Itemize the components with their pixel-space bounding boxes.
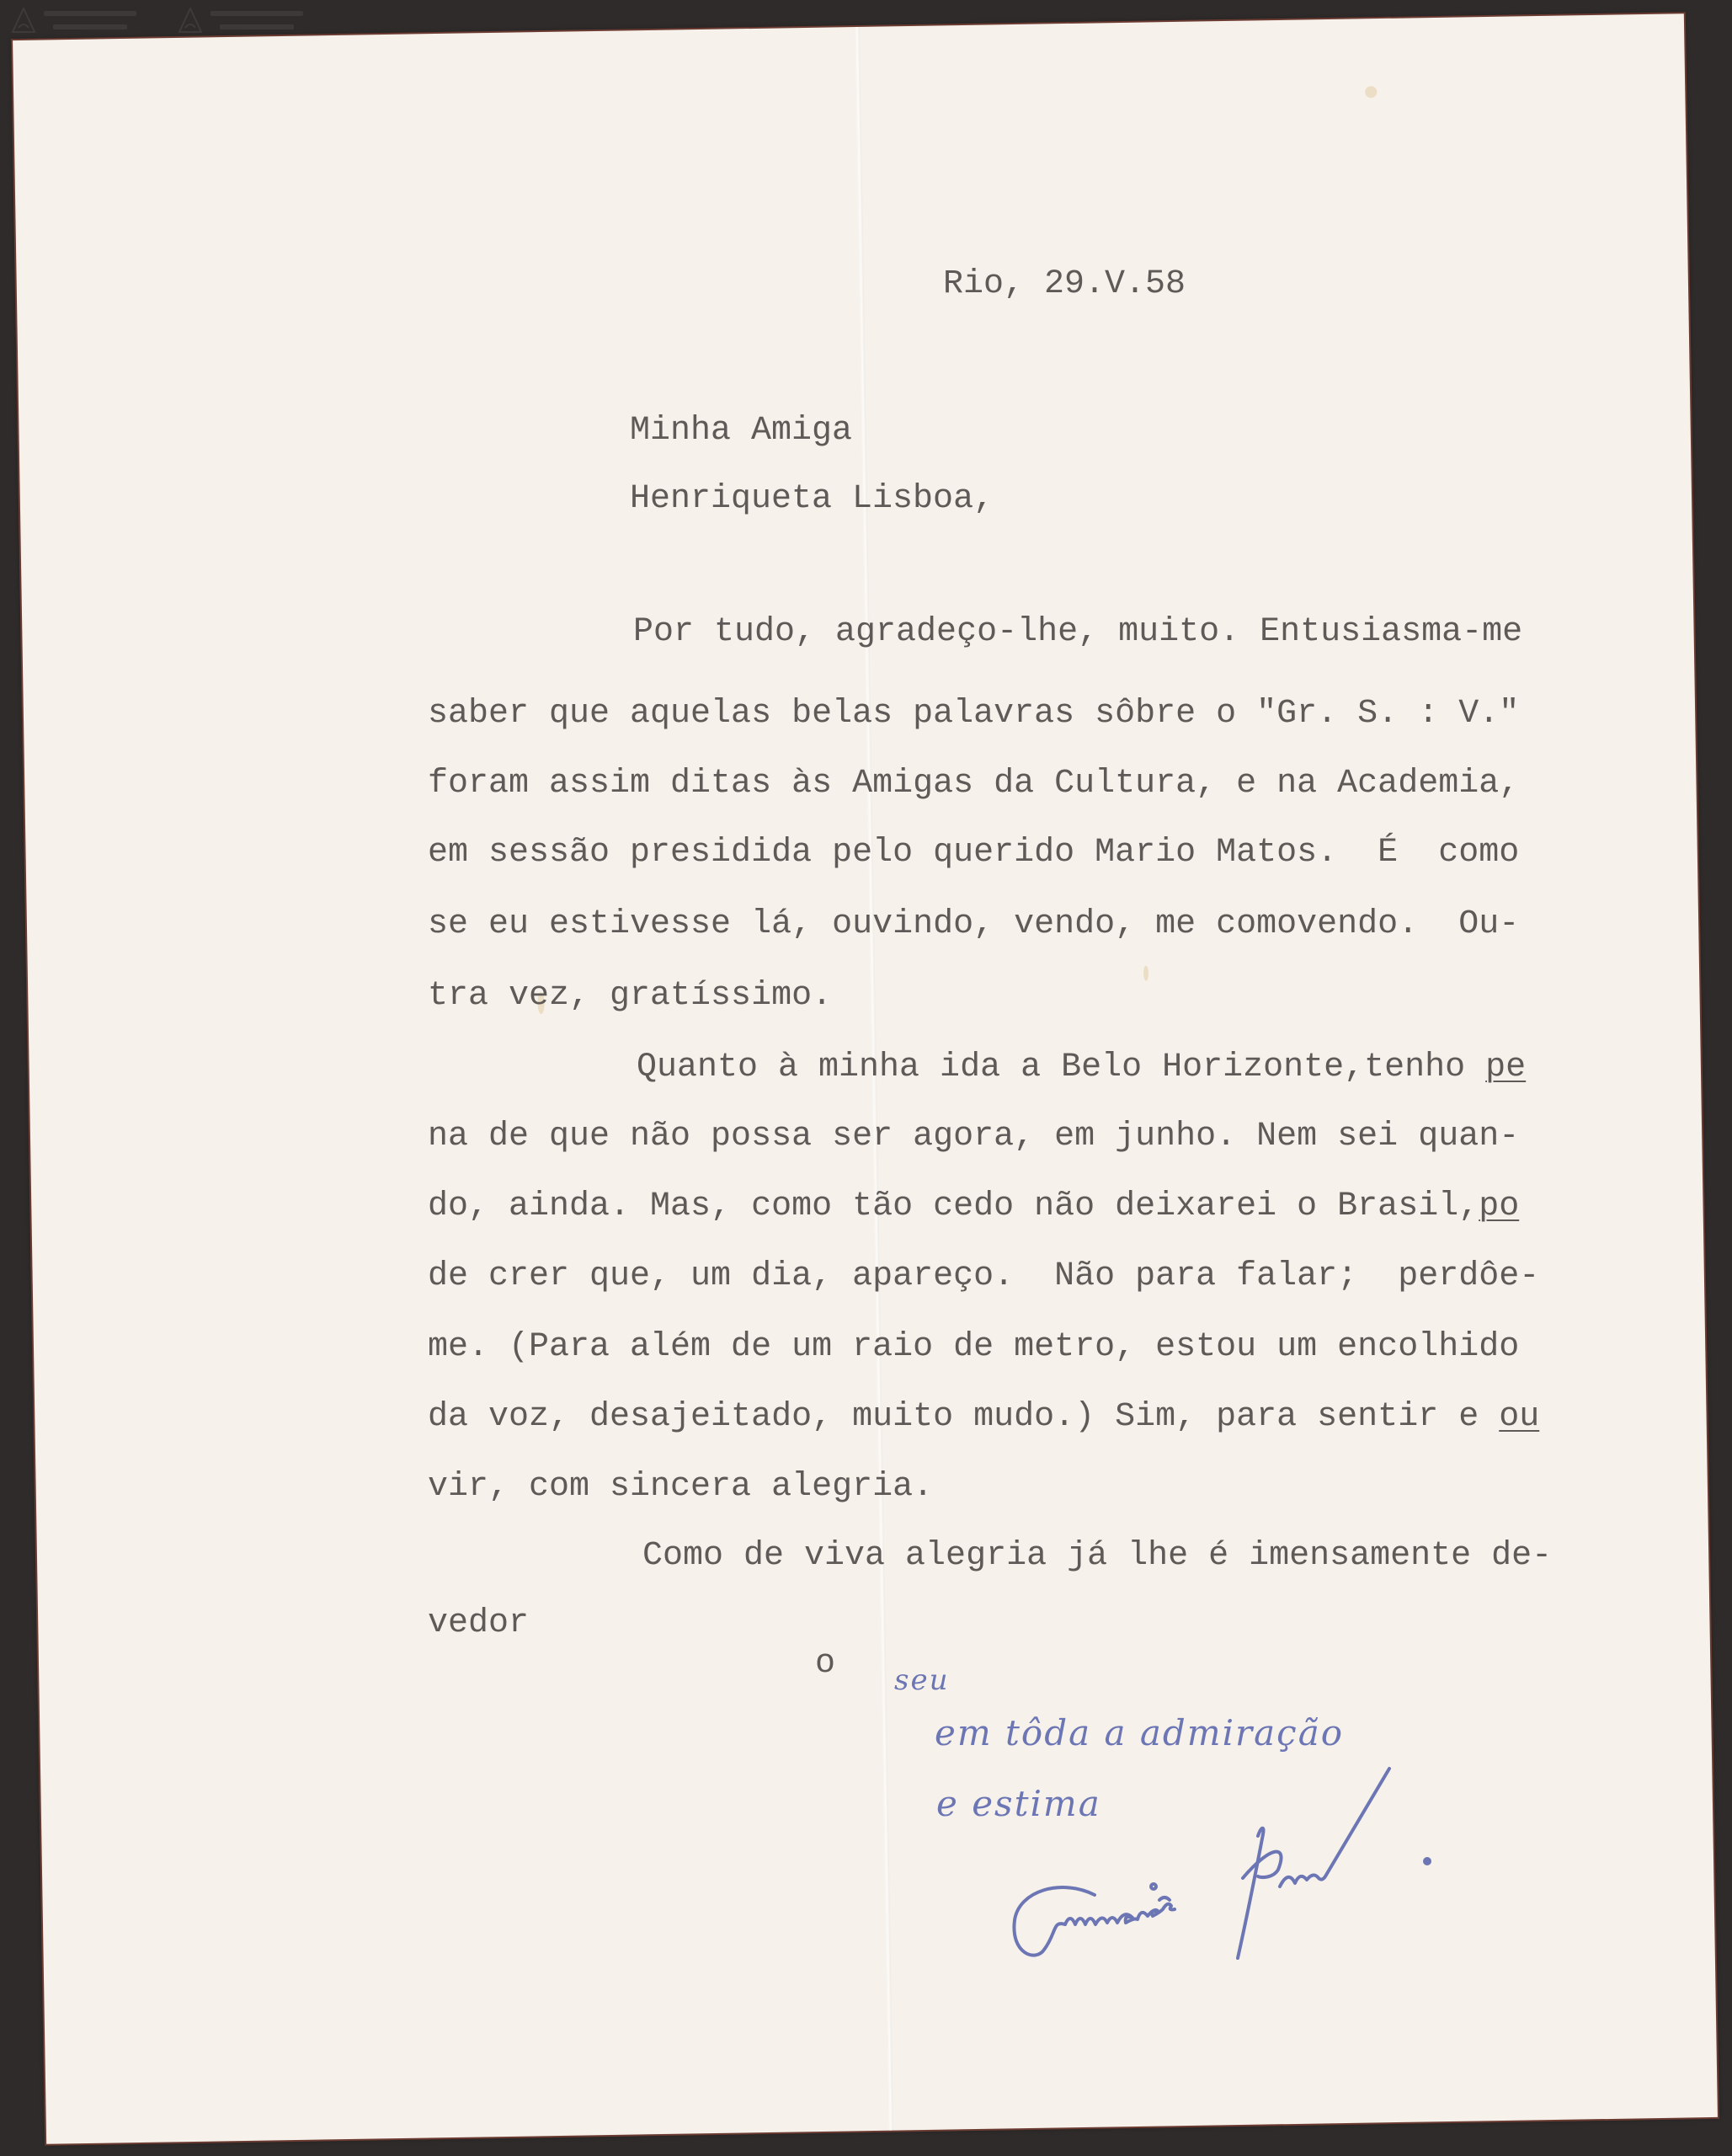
- paper-stain: [1143, 966, 1148, 981]
- handwritten-closing-line-2: em tôda a admiração: [935, 1716, 1344, 1750]
- salutation-line-1: Minha Amiga: [630, 414, 852, 448]
- closing-typed: o: [815, 1647, 835, 1681]
- body-line: do, ainda. Mas, como tão cedo não deixar…: [428, 1190, 1519, 1224]
- body-line-text: do, ainda. Mas, como tão cedo não deixar…: [428, 1187, 1479, 1225]
- underlined-syllable: ou: [1499, 1398, 1539, 1436]
- handwritten-closing-line-1: seu: [894, 1663, 949, 1697]
- underlined-syllable: po: [1479, 1187, 1519, 1225]
- watermark-text: [211, 11, 303, 29]
- body-line: na de que não possa ser agora, em junho.…: [428, 1120, 1519, 1154]
- body-line: de crer que, um dia, apareço. Não para f…: [428, 1260, 1539, 1294]
- paper-stain: [1365, 86, 1377, 98]
- body-line-text: Quanto à minha ida a Belo Horizonte,tenh…: [637, 1049, 1485, 1086]
- signature-guimaraes-rosa: [994, 1752, 1667, 1979]
- body-line: vedor: [428, 1607, 529, 1641]
- body-line: em sessão presidida pelo querido Mario M…: [428, 836, 1519, 870]
- underlined-syllable: pe: [1485, 1049, 1526, 1086]
- archive-watermark: [179, 5, 303, 35]
- salutation-line-2: Henriqueta Lisboa,: [630, 483, 994, 516]
- body-line: da voz, desajeitado, muito mudo.) Sim, p…: [428, 1401, 1539, 1434]
- body-line: vir, com sincera alegria.: [428, 1470, 933, 1504]
- archive-watermark: [12, 5, 136, 35]
- archive-logo-icon: [12, 8, 35, 33]
- body-line-text: da voz, desajeitado, muito mudo.) Sim, p…: [428, 1398, 1499, 1436]
- body-line: Como de viva alegria já lhe é imensament…: [642, 1540, 1552, 1573]
- body-line: Por tudo, agradeço-lhe, muito. Entusiasm…: [633, 616, 1522, 649]
- archive-logo-icon: [179, 8, 202, 33]
- body-line: foram assim ditas às Amigas da Cultura, …: [428, 767, 1519, 801]
- watermark-text: [44, 11, 136, 29]
- body-line: me. (Para além de um raio de metro, esto…: [428, 1331, 1519, 1364]
- body-line: saber que aquelas belas palavras sôbre o…: [428, 697, 1519, 731]
- body-line: se eu estivesse lá, ouvindo, vendo, me c…: [428, 908, 1519, 942]
- letter-date: Rio, 29.V.58: [943, 268, 1186, 302]
- body-line: tra vez, gratíssimo.: [428, 979, 832, 1013]
- body-line: Quanto à minha ida a Belo Horizonte,tenh…: [637, 1051, 1526, 1085]
